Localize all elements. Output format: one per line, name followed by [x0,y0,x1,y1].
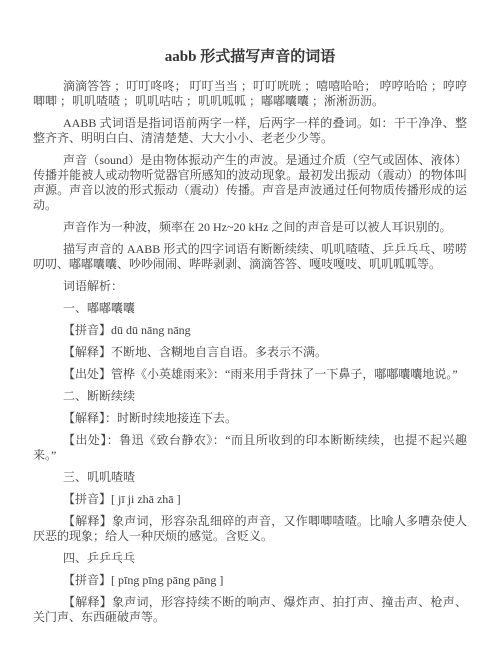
paragraph-sound-words-list: 滴滴答答 ；叮叮咚咚； 叮叮当当 ；叮叮咣咣 ；嘻嘻哈哈； 哼哼哈哈 ；哼哼唧唧… [33,79,467,109]
paragraph-sound-frequency: 声音作为一种波，频率在 20 Hz~20 kHz 之间的声音是可以被人耳识别的。 [33,220,467,235]
page-title: aabb 形式描写声音的词语 [33,48,467,67]
entry-3-heading: 三、叽叽喳喳 [33,470,467,485]
paragraph-aabb-sound-words: 描写声音的 AABB 形式的四字词语有断断续续、叽叽喳喳、乒乒乓乓、唠唠叨叨、嘟… [33,242,467,272]
entry-1-source: 【出处】管桦《小英雄雨来》：“雨来用手背抹了一下鼻子，嘟嘟囔囔地说。” [33,367,467,382]
analysis-heading: 词语解析： [33,279,467,294]
entry-3-explanation: 【解释】象声词，形容杂乱细碎的声音，又作唧唧喳喳。比喻人多嘈杂使人厌恶的现象；给… [33,514,467,544]
entry-1-pinyin: 【拼音】dū dū nāng nāng [33,323,467,338]
entry-2-explanation: 【解释】：时断时续地接连下去。 [33,411,467,426]
entry-4-pinyin: 【拼音】[ pīng pīng pāng pāng ] [33,573,467,588]
entry-2-source: 【出处】：鲁迅《致台静农》：“而且所收到的印本断断续续，也提不起兴趣来。” [33,433,467,463]
entry-4-heading: 四、乒乒乓乓 [33,551,467,566]
paragraph-aabb-definition: AABB 式词语是指词语前两字一样，后两字一样的叠词。如：干干净净、整整齐齐、明… [33,116,467,146]
document-page: aabb 形式描写声音的词语 滴滴答答 ；叮叮咚咚； 叮叮当当 ；叮叮咣咣 ；嘻… [0,0,500,647]
entry-1-explanation: 【解释】不断地、含糊地自言自语。多表示不满。 [33,345,467,360]
entry-1-heading: 一、嘟嘟囔囔 [33,301,467,316]
entry-2-heading: 二、断断续续 [33,389,467,404]
entry-4-explanation: 【解释】象声词，形容持续不断的响声、爆炸声、拍打声、撞击声、枪声、关门声、东西砸… [33,595,467,625]
entry-3-pinyin: 【拼音】[ jī ji zhā zhā ] [33,492,467,507]
paragraph-sound-definition: 声音（sound）是由物体振动产生的声波。是通过介质（空气或固体、液体）传播并能… [33,153,467,213]
